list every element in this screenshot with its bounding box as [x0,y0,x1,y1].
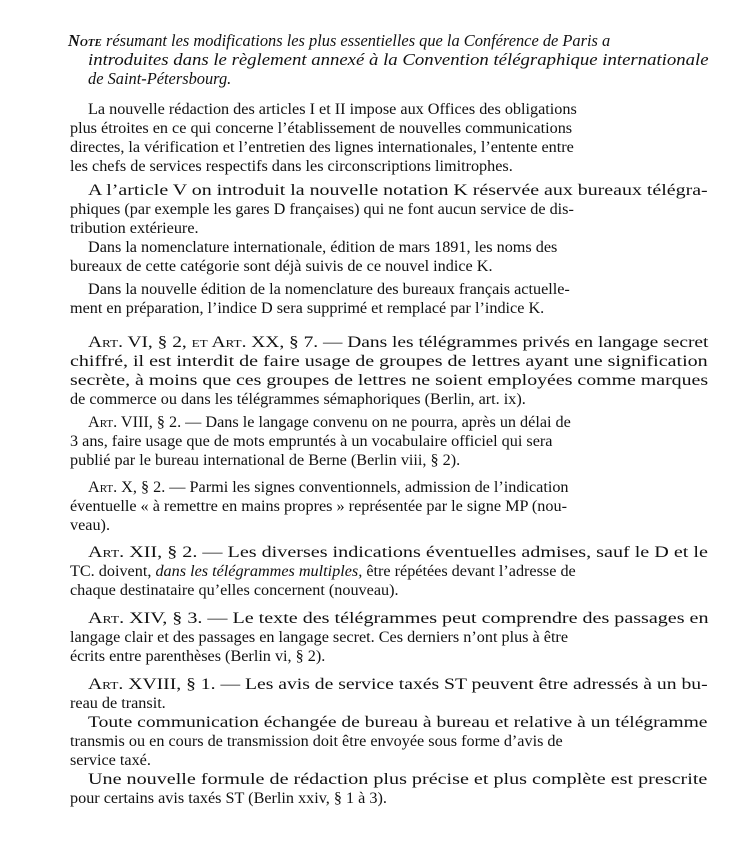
formule-line-1: Une nouvelle formule de rédaction plus p… [88,770,707,789]
art-x-line-2: éventuelle « à remettre en mains propres… [70,497,567,516]
art-xii-line-2: TC. doivent, dans les télégrammes multip… [70,562,576,581]
art-viii-line-1: Art. VIII, § 2. — Dans le langage conven… [88,413,571,432]
art-xiv-line-2: langage clair et des passages en langage… [70,628,568,647]
intro-line-4: les chefs de services respectifs dans le… [70,157,513,176]
communication-line-1: Toute communication échangée de bureau à… [88,713,707,732]
intro-line-3: directes, la vérification et l’entretien… [70,138,574,157]
note-title-line-3: de Saint-Pétersbourg. [88,69,231,88]
note-title-rest: résumant les modifications les plus esse… [106,31,610,50]
intro-line-1: La nouvelle rédaction des articles I et … [88,100,577,119]
communication-line-3: service taxé. [70,751,151,770]
note-lead-word: Note [68,31,102,50]
art-xviii-line-1: Art. XVIII, § 1. — Les avis de service t… [88,675,708,694]
art-v-line-1: A l’article V on introduit la nouvelle n… [88,181,708,200]
nomenclature-1891-line-1: Dans la nomenclature internationale, édi… [88,238,557,257]
nomenclature-1891-line-2: bureaux de cette catégorie sont déjà sui… [70,257,493,276]
art-vi-xx-line-1: Art. VI, § 2, et Art. XX, § 7. — Dans le… [88,333,708,352]
note-title-line-2: introduites dans le règlement annexé à l… [88,50,709,69]
art-x-heading: Art. X, § 2. [88,478,165,496]
art-vi-xx-line-4: de commerce ou dans les télégrammes séma… [70,390,526,409]
art-vi-xx-line-3: secrète, à moins que ces groupes de lett… [70,371,708,390]
nomenclature-fr-line-2: ment en préparation, l’indice D sera sup… [70,299,544,318]
nomenclature-fr-line-1: Dans la nouvelle édition de la nomenclat… [88,280,570,299]
art-xiv-heading: Art. XIV, § 3. [88,609,202,627]
art-xii-line-3: chaque destinataire qu’elles concernent … [70,581,399,600]
intro-line-2: plus étroites en ce qui concerne l’établ… [70,119,572,138]
note-title-line-1: Note résumant les modifications les plus… [68,31,708,50]
art-v-line-3: tribution extérieure. [70,219,199,238]
formule-line-2: pour certains avis taxés ST (Berlin xxiv… [70,789,387,808]
art-xii-heading: Art. XII, § 2. [88,543,197,561]
art-x-line-1: Art. X, § 2. — Parmi les signes conventi… [88,478,569,497]
art-viii-heading: Art. VIII, § 2. [88,413,181,431]
art-viii-line-3: publié par le bureau international de Be… [70,451,460,470]
art-xiv-line-1: Art. XIV, § 3. — Le texte des télégramme… [88,609,708,628]
art-x-line-3: veau). [70,516,110,535]
art-xii-line-1: Art. XII, § 2. — Les diverses indication… [88,543,708,562]
communication-line-2: transmis ou en cours de transmission doi… [70,732,563,751]
art-xviii-line-2: reau de transit. [70,694,166,713]
art-xviii-heading: Art. XVIII, § 1. [88,675,216,693]
art-vi-xx-line-2: chiffré, il est interdit de faire usage … [70,352,708,371]
art-v-line-2: phiques (par exemple les gares D françai… [70,200,574,219]
art-xii-italic: dans les télégrammes multiples, [155,562,362,580]
art-xiv-line-3: écrits entre parenthèses (Berlin vi, § 2… [70,647,325,666]
art-viii-line-2: 3 ans, faire usage que de mots empruntés… [70,432,552,451]
document-page: Note résumant les modifications les plus… [0,0,753,867]
art-vi-xx-heading: Art. VI, § 2, et Art. XX, § 7. [88,333,318,351]
